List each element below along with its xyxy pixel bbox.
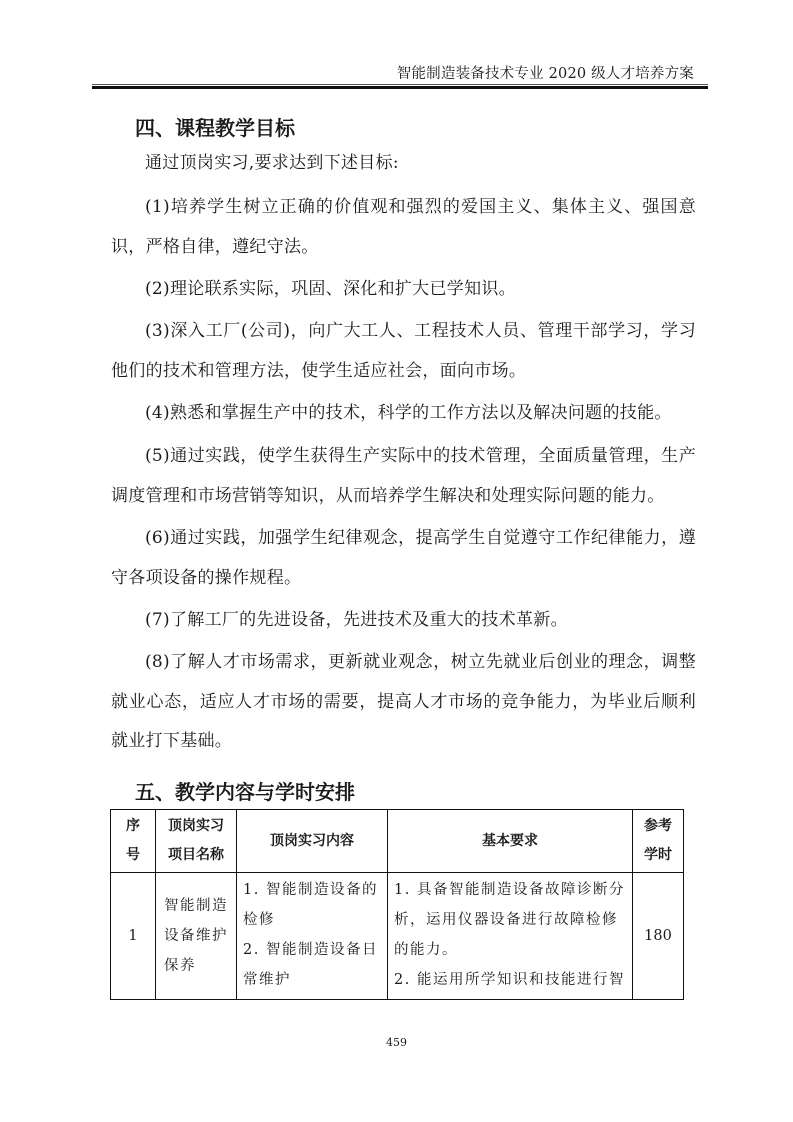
header-rule-thin (92, 84, 708, 85)
header-content: 顶岗实习内容 (237, 810, 388, 873)
cell-seq: 1 (111, 873, 156, 1000)
table-row: 1 智能制造 设备维护 保养 1. 智能制造设备的 检修 2. 智能制造设备日 … (111, 873, 684, 1000)
cell-hours: 180 (633, 873, 684, 1000)
page-number: 459 (0, 1036, 793, 1049)
goal-paragraph-6: (6)通过实践，加强学生纪律观念，提高学生自觉遵守工作纪律能力，遵守各项设备的操… (111, 519, 696, 598)
cell-content: 1. 智能制造设备的 检修 2. 智能制造设备日 常维护 (237, 873, 388, 1000)
section-title-teaching-goals: 四、课程教学目标 (135, 112, 295, 141)
goal-paragraph-3: (3)深入工厂(公司)，向广大工人、工程技术人员、管理干部学习，学习他们的技术和… (111, 312, 696, 391)
cell-project-name: 智能制造 设备维护 保养 (156, 873, 237, 1000)
goal-paragraph-2: (2)理论联系实际，巩固、深化和扩大已学知识。 (111, 270, 696, 310)
goal-paragraph-1: (1)培养学生树立正确的价值观和强烈的爱国主义、集体主义、强国意识，严格自律，遵… (111, 188, 696, 267)
header-requirements: 基本要求 (388, 810, 633, 873)
goal-paragraph-5: (5)通过实践，使学生获得生产实际中的技术管理，全面质量管理，生产调度管理和市场… (111, 437, 696, 516)
header-title: 智能制造装备技术专业 2020 级人才培养方案 (397, 62, 694, 83)
header-seq: 序 号 (111, 810, 156, 873)
header-double-rule (92, 84, 708, 89)
header-project-name: 顶岗实习 项目名称 (156, 810, 237, 873)
goal-paragraph-4: (4)熟悉和掌握生产中的技术，科学的工作方法以及解决问题的技能。 (111, 394, 696, 434)
table-header-row: 序 号 顶岗实习 项目名称 顶岗实习内容 基本要求 参考 学时 (111, 810, 684, 873)
header-rule-thick (92, 86, 708, 89)
section-title-content-schedule: 五、教学内容与学时安排 (135, 776, 355, 805)
goal-paragraph-7: (7)了解工厂的先进设备，先进技术及重大的技术革新。 (111, 601, 696, 641)
intro-paragraph: 通过顶岗实习,要求达到下述目标: (111, 144, 696, 184)
content-schedule-table: 序 号 顶岗实习 项目名称 顶岗实习内容 基本要求 参考 学时 1 智能制造 设… (110, 809, 684, 1000)
goal-paragraph-8: (8)了解人才市场需求，更新就业观念，树立先就业后创业的理念，调整就业心态，适应… (111, 643, 696, 762)
page-header: 智能制造装备技术专业 2020 级人才培养方案 (92, 58, 708, 90)
cell-requirements: 1. 具备智能制造设备故障诊断分 析，运用仪器设备进行故障检修 的能力。 2. … (388, 873, 633, 1000)
header-hours: 参考 学时 (633, 810, 684, 873)
